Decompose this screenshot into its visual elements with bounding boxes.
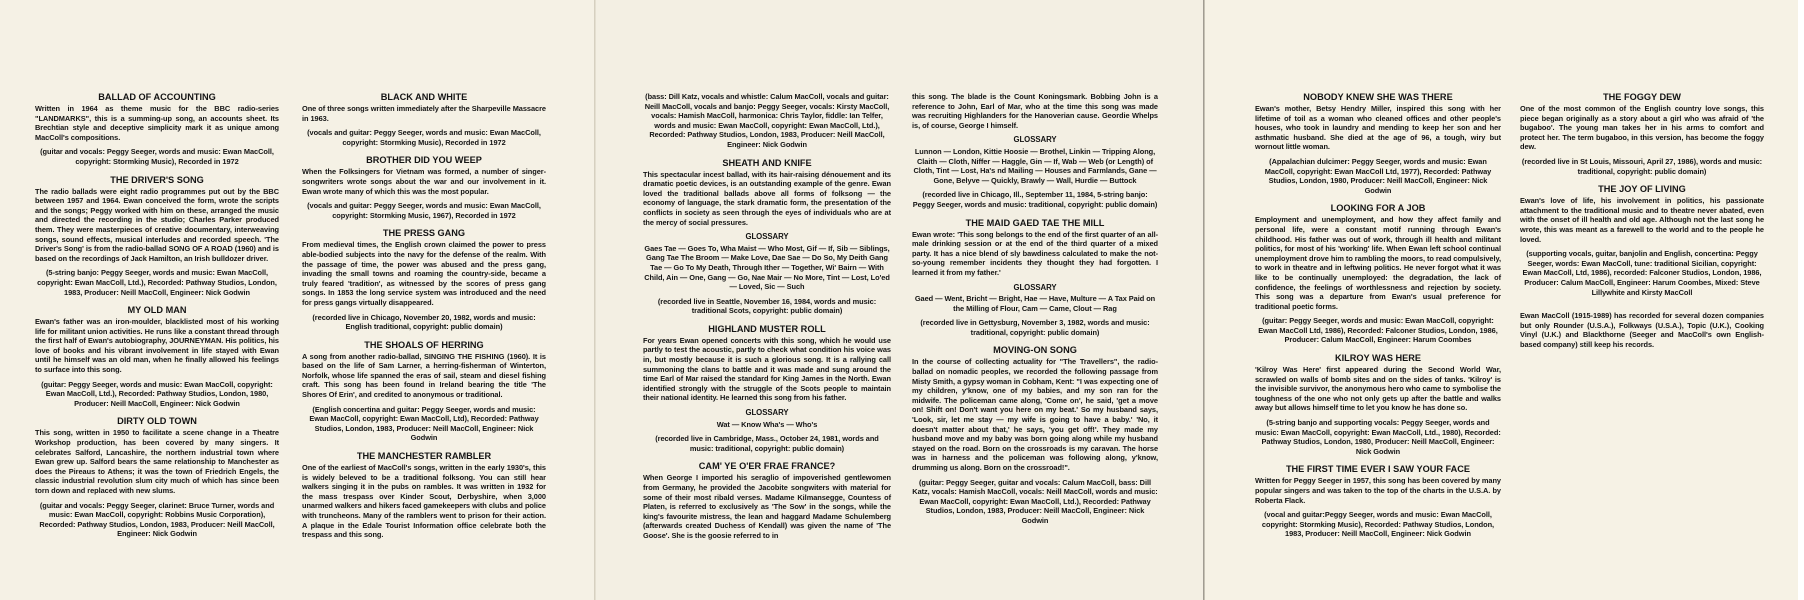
song-credits: (English concertina and guitar: Peggy Se… xyxy=(302,405,546,443)
song-entry: NOBODY KNEW SHE WAS THEREEwan's mother, … xyxy=(1255,92,1501,195)
song-entry: THE PRESS GANGFrom medieval times, the E… xyxy=(302,228,546,331)
song-entry: HIGHLAND MUSTER ROLLFor years Ewan opene… xyxy=(643,324,891,454)
song-title: THE DRIVER'S SONG xyxy=(35,175,279,186)
text-column: (bass: Dill Katz, vocals and whistle: Ca… xyxy=(643,92,891,549)
song-title: MOVING-ON SONG xyxy=(912,345,1158,356)
song-entry: THE FIRST TIME EVER I SAW YOUR FACEWritt… xyxy=(1255,464,1501,539)
song-entry: DIRTY OLD TOWNThis song, written in 1950… xyxy=(35,416,279,539)
song-description: In the course of collecting actuality fo… xyxy=(912,357,1158,472)
song-credits: (5-string banjo and supporting vocals: P… xyxy=(1255,418,1501,456)
song-description: This song, written in 1950 to facilitate… xyxy=(35,428,279,495)
glossary-text: Lunnon — London, Kittie Hoosie — Brothel… xyxy=(912,147,1158,185)
song-title: THE FIRST TIME EVER I SAW YOUR FACE xyxy=(1255,464,1501,475)
text-column: THE FOGGY DEWOne of the most common of t… xyxy=(1520,92,1764,349)
text-column: NOBODY KNEW SHE WAS THEREEwan's mother, … xyxy=(1255,92,1501,547)
song-credits: (recorded live in Gettysburg, November 3… xyxy=(912,318,1158,337)
song-credits: (Appalachian dulcimer: Peggy Seeger, wor… xyxy=(1255,157,1501,195)
glossary-heading: GLOSSARY xyxy=(912,135,1158,145)
text-column: BALLAD OF ACCOUNTINGWritten in 1964 as t… xyxy=(35,92,279,547)
song-description: Ewan's father was an iron-moulder, black… xyxy=(35,317,279,375)
song-description: this song. The blade is the Count Koning… xyxy=(912,92,1158,130)
song-entry: THE DRIVER'S SONGThe radio ballads were … xyxy=(35,175,279,298)
song-description: One of three songs written immediately a… xyxy=(302,104,546,123)
song-credits: (recorded live in Seattle, November 16, … xyxy=(643,297,891,316)
song-credits: (guitar: Peggy Seeger, words and music: … xyxy=(1255,316,1501,345)
song-title: THE SHOALS OF HERRING xyxy=(302,340,546,351)
song-title: HIGHLAND MUSTER ROLL xyxy=(643,324,891,335)
song-credits: (supporting vocals, guitar, banjolin and… xyxy=(1520,249,1764,297)
song-title: MY OLD MAN xyxy=(35,305,279,316)
song-description: The radio ballads were eight radio progr… xyxy=(35,187,279,264)
song-title: SHEATH AND KNIFE xyxy=(643,158,891,169)
song-description: When the Folksingers for Vietnam was for… xyxy=(302,167,546,196)
song-description: Written in 1964 as theme music for the B… xyxy=(35,104,279,142)
glossary-heading: GLOSSARY xyxy=(643,232,891,242)
song-credits: (recorded live in Cambridge, Mass., Octo… xyxy=(643,434,891,453)
song-entry: THE MANCHESTER RAMBLEROne of the earlies… xyxy=(302,451,546,540)
song-entry: BROTHER DID YOU WEEPWhen the Folksingers… xyxy=(302,155,546,220)
song-description: One of the earliest of MacColl's songs, … xyxy=(302,463,546,540)
song-entry: BALLAD OF ACCOUNTINGWritten in 1964 as t… xyxy=(35,92,279,167)
song-credits: (guitar: Peggy Seeger, guitar and vocals… xyxy=(912,478,1158,526)
song-entry: THE MAID GAED TAE THE MILLEwan wrote: 'T… xyxy=(912,218,1158,338)
song-entry: BLACK AND WHITEOne of three songs writte… xyxy=(302,92,546,147)
song-description: Ewan's mother, Betsy Hendry Miller, insp… xyxy=(1255,104,1501,152)
song-entry: KILROY WAS HERE'Kilroy Was Here' first a… xyxy=(1255,353,1501,456)
song-entry: THE JOY OF LIVINGEwan's love of life, hi… xyxy=(1520,184,1764,297)
song-credits: (vocal and guitar:Peggy Seeger, words an… xyxy=(1255,510,1501,539)
song-title: THE MANCHESTER RAMBLER xyxy=(302,451,546,462)
glossary-text: Wat — Know Wha's — Who's xyxy=(643,420,891,430)
glossary-text: Gaed — Went, Bricht — Bright, Hae — Have… xyxy=(912,294,1158,313)
song-description: 'Kilroy Was Here' first appeared during … xyxy=(1255,365,1501,413)
song-credits: (guitar and vocals: Peggy Seeger, clarin… xyxy=(35,501,279,539)
song-entry: THE SHOALS OF HERRINGA song from another… xyxy=(302,340,546,443)
song-description: For years Ewan opened concerts with this… xyxy=(643,336,891,403)
song-credits: (vocals and guitar: Peggy Seeger, words … xyxy=(302,128,546,147)
closing-note: Ewan MacColl (1915-1989) has recorded fo… xyxy=(1520,311,1764,349)
song-title: BLACK AND WHITE xyxy=(302,92,546,103)
glossary-heading: GLOSSARY xyxy=(912,283,1158,293)
song-entry: CAM' YE O'ER FRAE FRANCE?When George I i… xyxy=(643,461,891,540)
song-description: One of the most common of the English co… xyxy=(1520,104,1764,152)
fold-line xyxy=(594,0,596,600)
song-credits: (recorded live in Chicago, Ill., Septemb… xyxy=(912,190,1158,209)
song-credits: (5-string banjo: Peggy Seeger, words and… xyxy=(35,268,279,297)
song-title: BALLAD OF ACCOUNTING xyxy=(35,92,279,103)
song-title: NOBODY KNEW SHE WAS THERE xyxy=(1255,92,1501,103)
song-entry: MOVING-ON SONGIn the course of collectin… xyxy=(912,345,1158,525)
text-column: this song. The blade is the Count Koning… xyxy=(912,92,1158,534)
song-entry: (bass: Dill Katz, vocals and whistle: Ca… xyxy=(643,92,891,150)
song-title: DIRTY OLD TOWN xyxy=(35,416,279,427)
song-entry: MY OLD MANEwan's father was an iron-moul… xyxy=(35,305,279,408)
fold-line xyxy=(1203,0,1205,600)
song-entry: this song. The blade is the Count Koning… xyxy=(912,92,1158,210)
glossary-heading: GLOSSARY xyxy=(643,408,891,418)
song-description: Written for Peggy Seeger in 1957, this s… xyxy=(1255,476,1501,505)
song-credits: (guitar and vocals: Peggy Seeger, words … xyxy=(35,147,279,166)
song-title: THE MAID GAED TAE THE MILL xyxy=(912,218,1158,229)
glossary-text: Gaes Tae — Goes To, Wha Maist — Who Most… xyxy=(643,244,891,292)
text-column: BLACK AND WHITEOne of three songs writte… xyxy=(302,92,546,548)
song-credits: (bass: Dill Katz, vocals and whistle: Ca… xyxy=(643,92,891,150)
song-title: THE JOY OF LIVING xyxy=(1520,184,1764,195)
song-credits: (vocals and guitar: Peggy Seeger, words … xyxy=(302,201,546,220)
song-description: This spectacular incest ballad, with its… xyxy=(643,170,891,228)
song-credits: (guitar: Peggy Seeger, words and music: … xyxy=(35,380,279,409)
song-description: From medieval times, the English crown c… xyxy=(302,240,546,307)
song-entry: SHEATH AND KNIFEThis spectacular incest … xyxy=(643,158,891,316)
song-description: A song from another radio-ballad, SINGIN… xyxy=(302,352,546,400)
song-description: Employment and unemployment, and how the… xyxy=(1255,215,1501,311)
song-entry: LOOKING FOR A JOBEmployment and unemploy… xyxy=(1255,203,1501,345)
song-description: When George I imported his seraglio of i… xyxy=(643,473,891,540)
song-title: KILROY WAS HERE xyxy=(1255,353,1501,364)
song-description: Ewan wrote: 'This song belongs to the en… xyxy=(912,230,1158,278)
page-edge xyxy=(1798,0,1804,600)
song-title: CAM' YE O'ER FRAE FRANCE? xyxy=(643,461,891,472)
song-title: THE FOGGY DEW xyxy=(1520,92,1764,103)
song-credits: (recorded live in St Louis, Missouri, Ap… xyxy=(1520,157,1764,176)
song-credits: (recorded live in Chicago, November 20, … xyxy=(302,313,546,332)
song-description: Ewan's love of life, his involvement in … xyxy=(1520,196,1764,244)
song-title: LOOKING FOR A JOB xyxy=(1255,203,1501,214)
song-entry: THE FOGGY DEWOne of the most common of t… xyxy=(1520,92,1764,176)
song-title: THE PRESS GANG xyxy=(302,228,546,239)
song-title: BROTHER DID YOU WEEP xyxy=(302,155,546,166)
